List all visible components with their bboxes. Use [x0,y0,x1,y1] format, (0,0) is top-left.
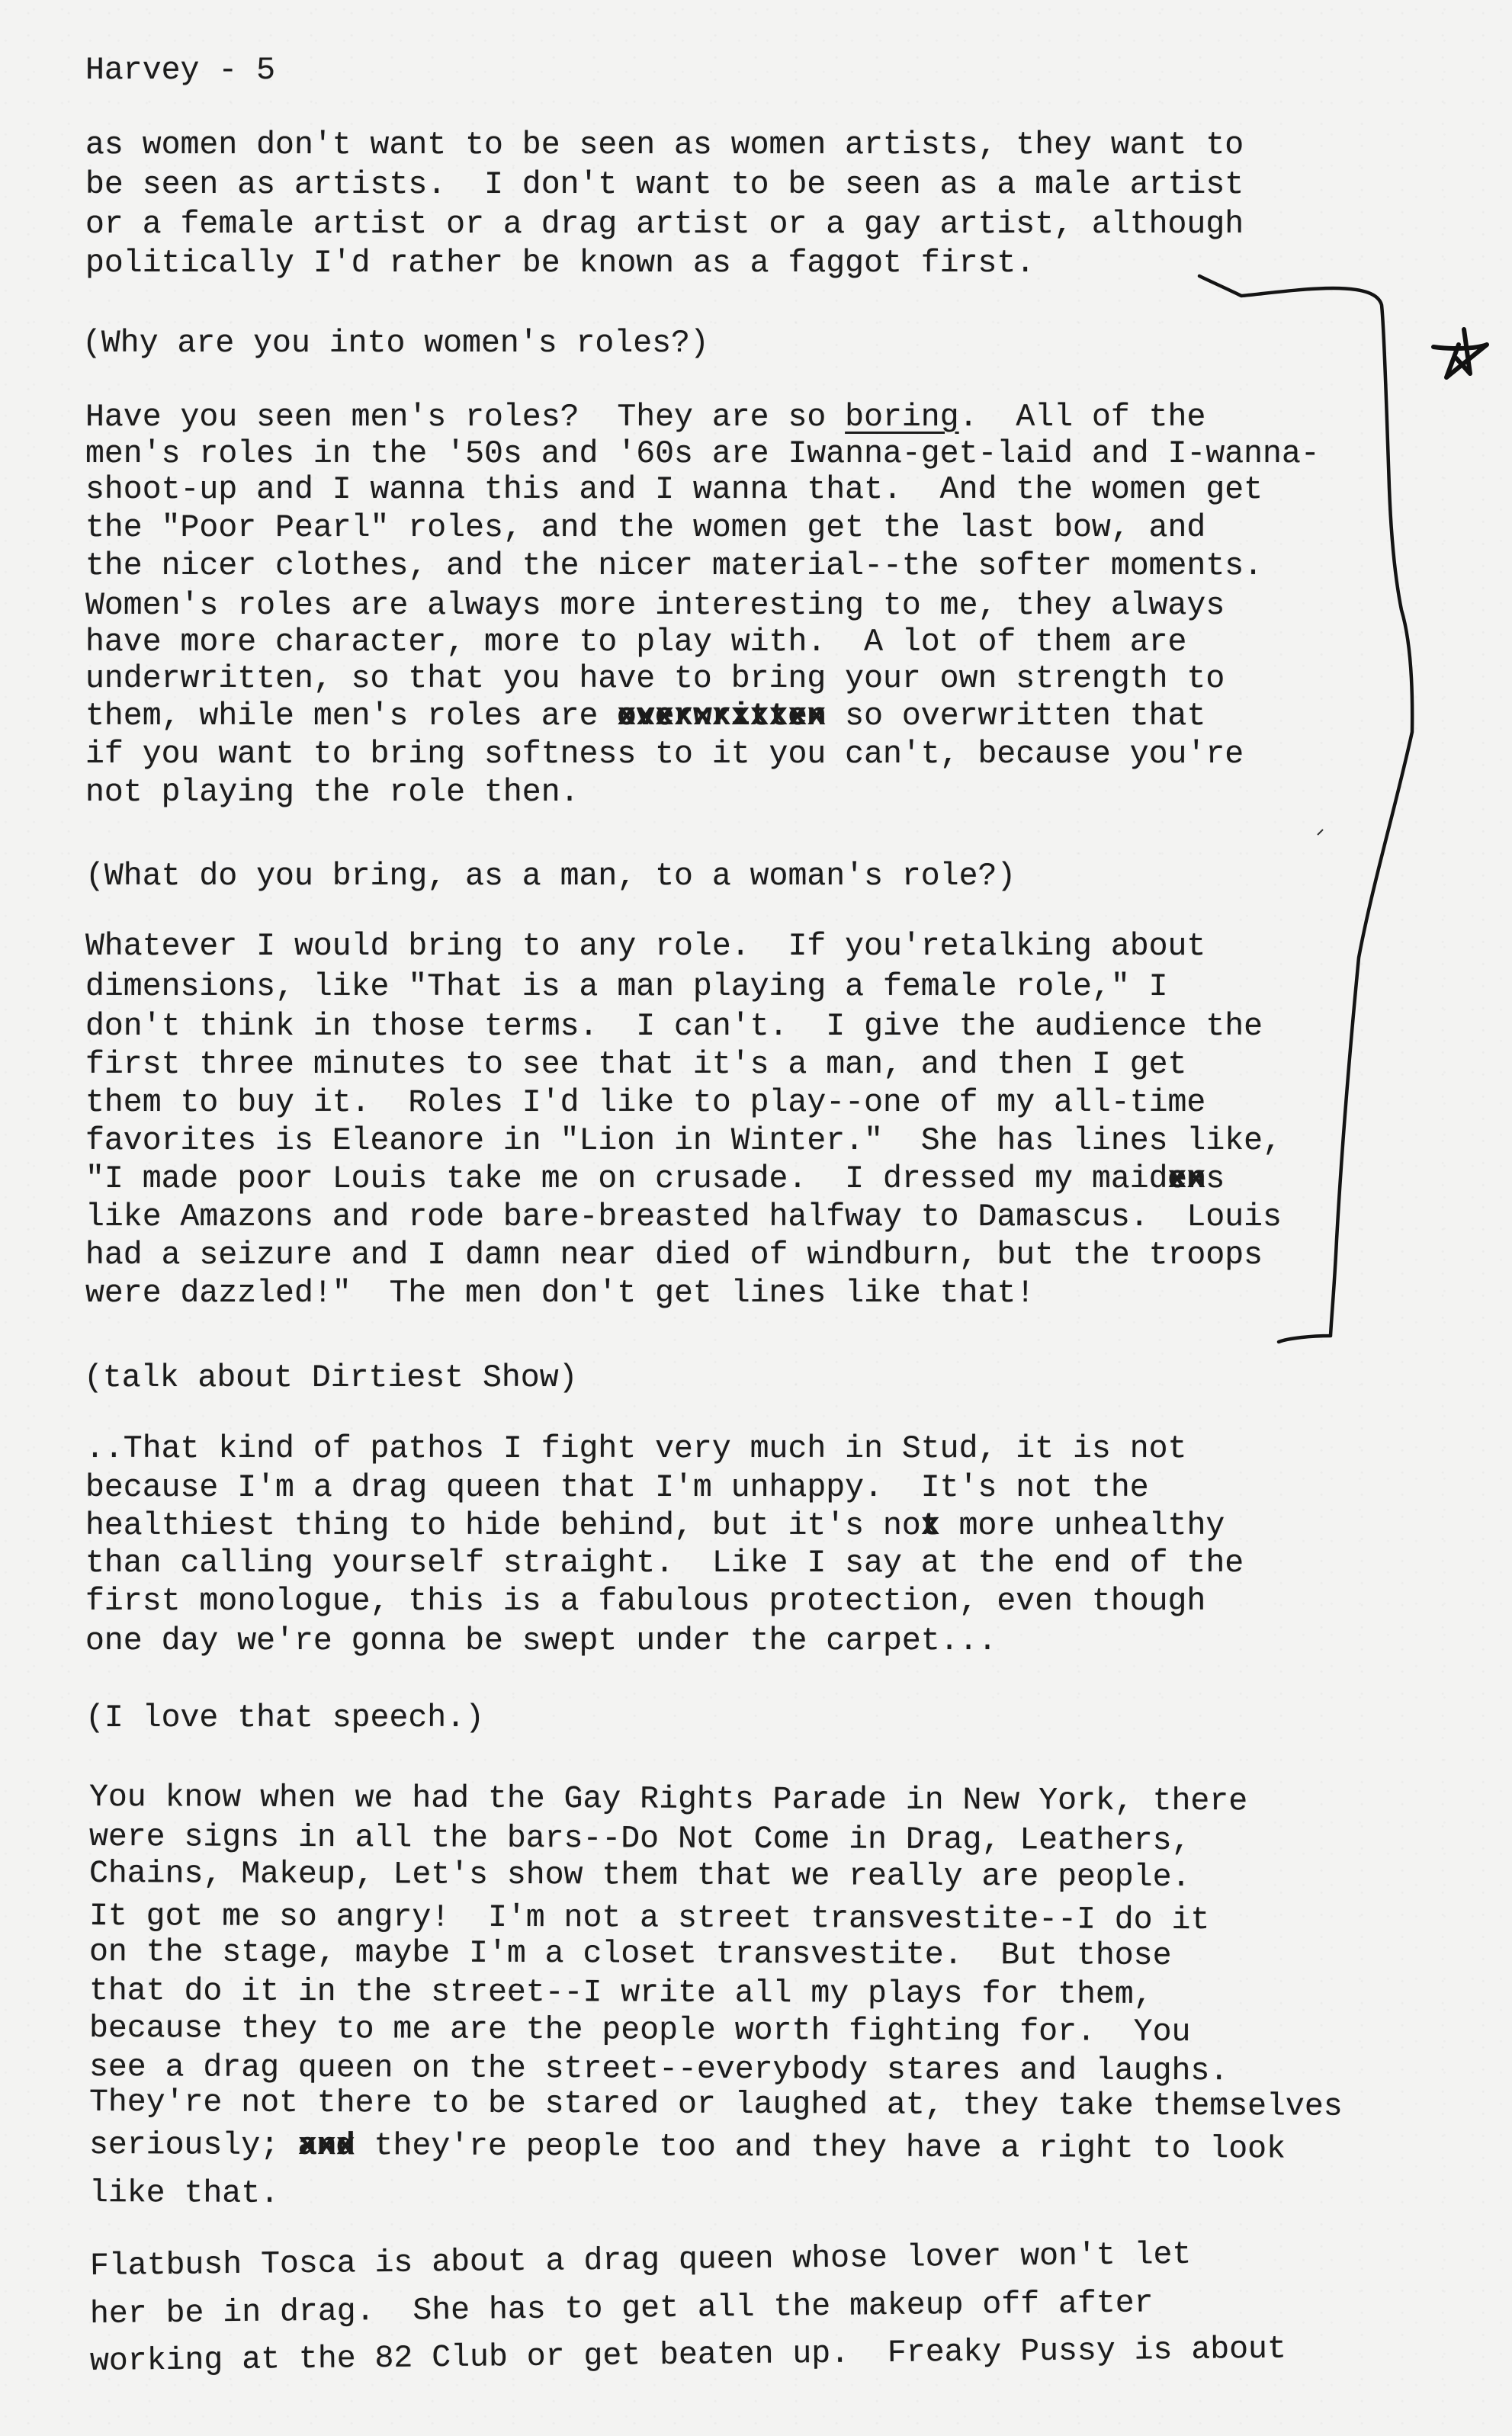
response-text-line: Have you seen men's roles? They are so b… [85,402,1205,434]
interviewer-question-line: (What do you bring, as a man, to a woman… [85,861,1016,893]
response-text-line: Whatever I would bring to any role. If y… [85,931,1205,963]
response-text-line: one day we're gonna be swept under the c… [85,1626,997,1658]
response-text-line: on the stage, maybe I'm a closet transve… [89,1937,1172,1972]
underlined-word: boring [845,400,958,435]
response-text-line: because they to me are the people worth … [89,2013,1191,2049]
pen-stray-mark-icon [1318,830,1323,835]
response-text-line: first three minutes to see that it's a m… [85,1049,1186,1081]
response-text-line: first monologue, this is a fabulous prot… [85,1586,1205,1618]
response-text-line: were dazzled!" The men don't get lines l… [85,1278,1035,1310]
response-text-line: Flatbush Tosca is about a drag queen who… [90,2239,1192,2283]
response-text-line: or a female artist or a drag artist or a… [85,209,1244,241]
response-text-line: were signs in all the bars--Do Not Come … [89,1821,1191,1857]
interviewer-question-line: (I love that speech.) [85,1703,484,1735]
response-text-line: working at the 82 Club or get beaten up.… [90,2334,1286,2378]
response-text-line: It got me so angry! I'm not a street tra… [89,1901,1209,1937]
response-text-line: You know when we had the Gay Rights Para… [89,1782,1247,1818]
response-text-line: her be in drag. She has to get all the m… [90,2287,1154,2330]
typewritten-page: Harvey - 5 as women don't want to be see… [0,0,1512,2436]
response-text-line: be seen as artists. I don't want to be s… [85,169,1244,201]
response-text-line: them to buy it. Roles I'd like to play--… [85,1087,1205,1119]
interviewer-question-line: (Why are you into women's roles?) [82,328,709,360]
response-text-line: underwritten, so that you have to bring … [85,663,1225,695]
response-text-line: than calling yourself straight. Like I s… [85,1548,1244,1580]
response-text-line: the "Poor Pearl" roles, and the women ge… [85,512,1205,544]
response-text-line: healthiest thing to hide behind, but it'… [85,1510,1225,1542]
response-text-line: Women's roles are always more interestin… [85,590,1225,622]
response-text-line: seriously; and they're people too and th… [89,2129,1286,2165]
response-text-line: see a drag queen on the street--everybod… [89,2052,1228,2088]
typed-overstrike: and [298,2130,355,2162]
page-header: Harvey - 5 [85,55,275,87]
response-text-line: have more character, more to play with. … [85,627,1186,659]
response-text-line: the nicer clothes, and the nicer materia… [85,550,1263,583]
response-text-line: favorites is Eleanore in "Lion in Winter… [85,1125,1282,1157]
response-text-line: had a seizure and I damn near died of wi… [85,1240,1263,1272]
response-text-line: They're not there to be stared or laughe… [89,2087,1343,2123]
response-text-line: them, while men's roles are overwritten … [85,701,1205,733]
interviewer-question-line: (talk about Dirtiest Show) [84,1362,578,1395]
response-text-line: politically I'd rather be known as a fag… [85,248,1035,280]
response-text-line: because I'm a drag queen that I'm unhapp… [85,1472,1149,1504]
response-text-line: dimensions, like "That is a man playing … [85,971,1168,1003]
handwritten-star-icon [1433,329,1487,377]
response-text-line: not playing the role then. [85,777,579,809]
response-text-line: ..That kind of pathos I fight very much … [85,1433,1186,1465]
response-text-line: as women don't want to be seen as women … [85,130,1244,162]
response-text-line: if you want to bring softness to it you … [85,739,1244,771]
response-text-line: shoot-up and I wanna this and I wanna th… [85,474,1263,506]
response-text-line: like that. [89,2178,279,2210]
typed-overstrike: overwritten [617,701,826,733]
response-text-line: Chains, Makeup, Let's show them that we … [89,1858,1191,1894]
response-text-line: men's roles in the '50s and '60s are Iwa… [85,438,1320,470]
response-text-line: "I made poor Louis take me on crusade. I… [85,1163,1225,1196]
response-text-line: that do it in the street--I write all my… [89,1975,1153,2011]
typed-overstrike: t [921,1510,940,1542]
response-text-line: don't think in those terms. I can't. I g… [85,1011,1263,1043]
response-text-line: like Amazons and rode bare-breasted half… [85,1202,1282,1234]
typed-overstrike: en [1168,1163,1206,1196]
